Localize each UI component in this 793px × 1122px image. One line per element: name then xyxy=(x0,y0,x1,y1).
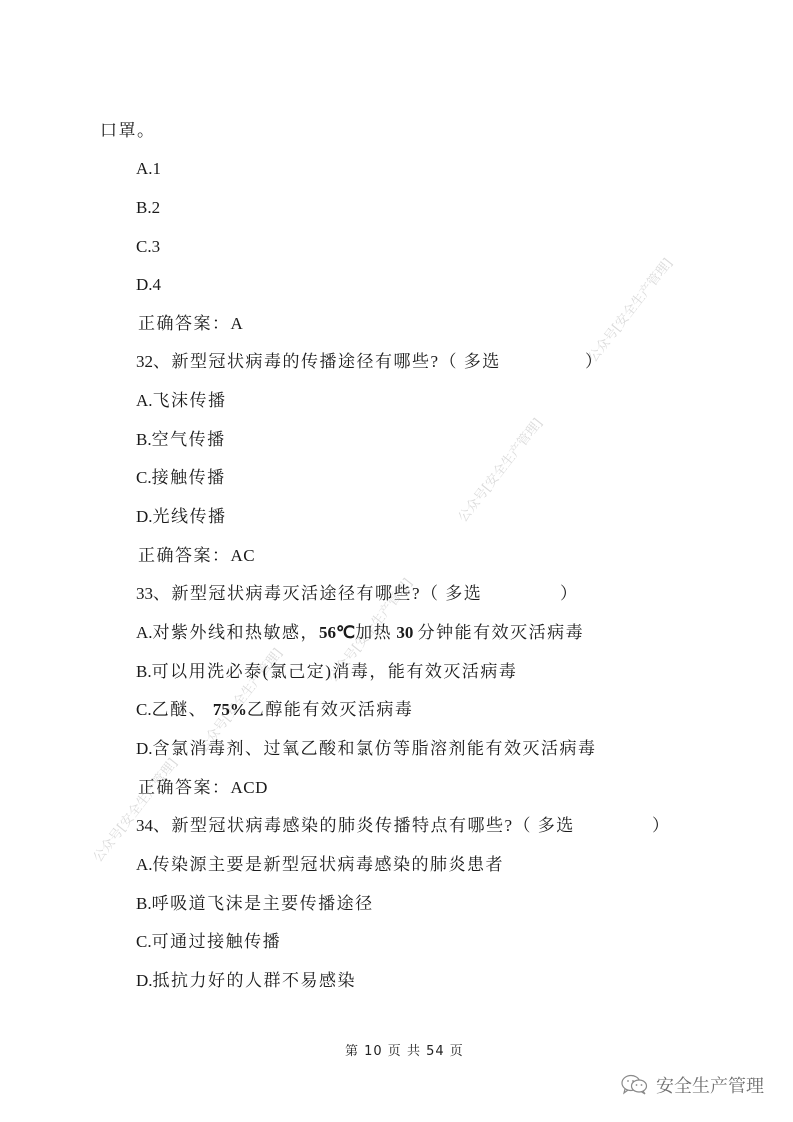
option-letter: C. xyxy=(136,468,152,487)
percentage-value: 75% xyxy=(213,700,247,719)
option-text: 对紫外线和热敏感， xyxy=(153,623,320,642)
q31-option-a: A.1 xyxy=(136,158,161,180)
option-text: 空气传播 xyxy=(152,430,226,449)
option-text: 乙醚、 xyxy=(152,700,213,719)
q32-option-c: C.接触传播 xyxy=(136,467,226,489)
option-letter: B. xyxy=(136,430,152,449)
document-page: 公众号[安全生产管理] 公众号[安全生产管理] 公众号[安全生产管理] 公众号[… xyxy=(0,0,793,1122)
q31-option-d: D.4 xyxy=(136,274,161,296)
option-text: 1 xyxy=(153,159,162,178)
option-text: 含氯消毒剂、过氧乙酸和氯仿等脂溶剂能有效灭活病毒 xyxy=(153,739,597,758)
q32-paren-close: ） xyxy=(585,351,602,373)
temperature-value: 56℃ xyxy=(319,623,355,642)
option-letter: D. xyxy=(136,507,153,526)
option-text: 抵抗力好的人群不易感染 xyxy=(153,971,357,990)
answer-value: AC xyxy=(231,546,256,565)
question-type: （ 多选 xyxy=(514,816,575,835)
option-text: 3 xyxy=(152,237,161,256)
option-text: 可通过接触传播 xyxy=(152,932,282,951)
q34-option-a: A.传染源主要是新型冠状病毒感染的肺炎患者 xyxy=(136,854,504,876)
q33-option-c: C.乙醚、 75%乙醇能有效灭活病毒 xyxy=(136,699,413,721)
option-text: 加热 xyxy=(355,623,392,642)
option-letter: C. xyxy=(136,700,152,719)
option-text: 传染源主要是新型冠状病毒感染的肺炎患者 xyxy=(153,855,505,874)
question-type: （ 多选 xyxy=(440,352,501,371)
q33-paren-close: ） xyxy=(560,583,577,605)
option-letter: B. xyxy=(136,198,152,217)
question-stem: 新型冠状病毒灭活途径有哪些? xyxy=(172,584,422,603)
option-text: 光线传播 xyxy=(153,507,227,526)
question-separator: 、 xyxy=(153,816,172,835)
option-text: 4 xyxy=(153,275,162,294)
q33-option-a: A.对紫外线和热敏感，56℃加热 30 分钟能有效灭活病毒 xyxy=(136,622,584,644)
q34-option-b: B.呼吸道飞沫是主要传播途径 xyxy=(136,893,374,915)
option-letter: A. xyxy=(136,855,153,874)
watermark: 公众号[安全生产管理] xyxy=(88,753,181,865)
q31-answer: 正确答案：A xyxy=(138,313,243,335)
question-number: 32 xyxy=(136,352,153,371)
option-letter: C. xyxy=(136,932,152,951)
answer-value: ACD xyxy=(231,778,268,797)
option-letter: D. xyxy=(136,971,153,990)
account-logo: 安全生产管理 xyxy=(620,1072,764,1098)
question-stem: 新型冠状病毒感染的肺炎传播特点有哪些? xyxy=(172,816,514,835)
q32-option-b: B.空气传播 xyxy=(136,429,226,451)
option-letter: A. xyxy=(136,391,153,410)
q33-question: 33、新型冠状病毒灭活途径有哪些?（ 多选 xyxy=(136,583,482,605)
q33-option-b: B.可以用洗必泰(氯己定)消毒，能有效灭活病毒 xyxy=(136,661,517,683)
option-text: 2 xyxy=(152,198,161,217)
q34-option-c: C.可通过接触传播 xyxy=(136,931,281,953)
q32-answer: 正确答案：AC xyxy=(138,545,255,567)
q33-option-d: D.含氯消毒剂、过氧乙酸和氯仿等脂溶剂能有效灭活病毒 xyxy=(136,738,597,760)
wechat-icon xyxy=(620,1073,650,1097)
q31-option-c: C.3 xyxy=(136,236,160,258)
option-letter: B. xyxy=(136,894,152,913)
answer-label: 正确答案： xyxy=(138,314,231,333)
option-letter: A. xyxy=(136,159,153,178)
option-letter: D. xyxy=(136,739,153,758)
option-letter: B. xyxy=(136,662,152,681)
q32-option-a: A.飞沫传播 xyxy=(136,390,227,412)
option-text: 飞沫传播 xyxy=(153,391,227,410)
watermark: 公众号[安全生产管理] xyxy=(583,253,676,365)
answer-label: 正确答案： xyxy=(138,546,231,565)
answer-label: 正确答案： xyxy=(138,778,231,797)
continuation-text: 口罩。 xyxy=(100,120,156,142)
q34-paren-close: ） xyxy=(652,815,669,837)
option-text: 分钟能有效灭活病毒 xyxy=(418,623,585,642)
question-type: （ 多选 xyxy=(421,584,482,603)
option-letter: C. xyxy=(136,237,152,256)
account-name: 安全生产管理 xyxy=(656,1072,764,1098)
question-separator: 、 xyxy=(153,352,172,371)
q32-option-d: D.光线传播 xyxy=(136,506,227,528)
option-text: 可以用洗必泰(氯己定)消毒，能有效灭活病毒 xyxy=(152,662,518,681)
option-letter: A. xyxy=(136,623,153,642)
page-number: 第 10 页 共 54 页 xyxy=(345,1040,464,1059)
question-separator: 、 xyxy=(153,584,172,603)
q34-question: 34、新型冠状病毒感染的肺炎传播特点有哪些?（ 多选 xyxy=(136,815,575,837)
question-number: 33 xyxy=(136,584,153,603)
question-stem: 新型冠状病毒的传播途径有哪些? xyxy=(172,352,440,371)
option-text: 呼吸道飞沫是主要传播途径 xyxy=(152,894,374,913)
q31-option-b: B.2 xyxy=(136,197,160,219)
answer-value: A xyxy=(231,314,244,333)
watermark: 公众号[安全生产管理] xyxy=(453,413,546,525)
option-text: 乙醇能有效灭活病毒 xyxy=(247,700,414,719)
q34-option-d: D.抵抗力好的人群不易感染 xyxy=(136,970,356,992)
option-letter: D. xyxy=(136,275,153,294)
q32-question: 32、新型冠状病毒的传播途径有哪些?（ 多选 xyxy=(136,351,501,373)
option-text: 接触传播 xyxy=(152,468,226,487)
minutes-value: 30 xyxy=(392,623,418,642)
question-number: 34 xyxy=(136,816,153,835)
q33-answer: 正确答案：ACD xyxy=(138,777,268,799)
